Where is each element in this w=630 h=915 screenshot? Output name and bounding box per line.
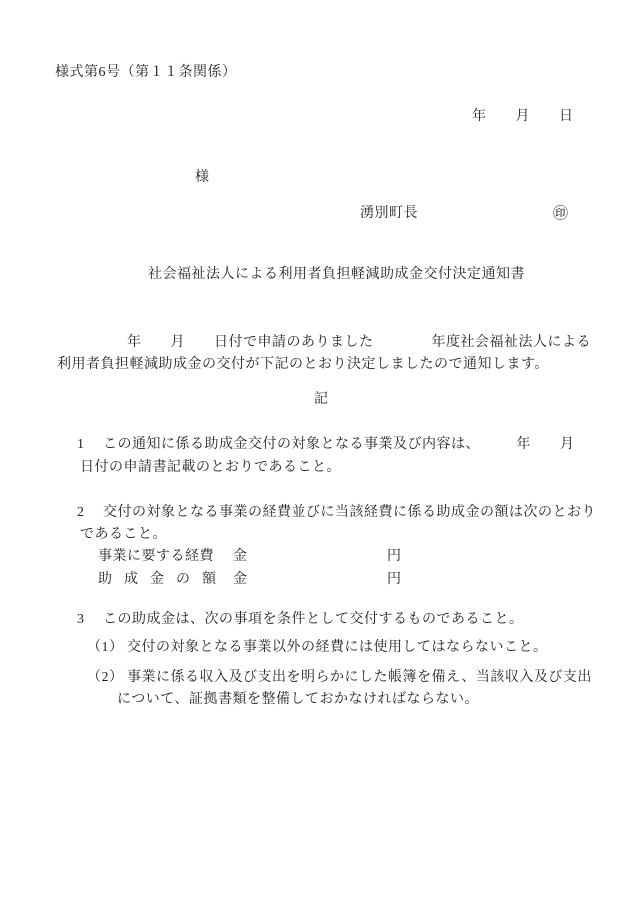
item-1-text-line-1: この通知に係る助成金交付の対象となる事業及び内容は、 年 月 [103, 435, 575, 455]
item-2-text-line-1: 交付の対象となる事業の経費並びに当該経費に係る助成金の額は次のとおり [103, 503, 596, 523]
form-number: 様式第6号（第１１条関係） [55, 63, 237, 83]
item-3-number: 3 [77, 610, 85, 630]
item-3-sub-1-number: （1） [87, 638, 124, 658]
expense-row-1-amount-prefix: 金 [233, 547, 248, 567]
sender-title: 湧別町長 [360, 204, 418, 224]
issue-date-line: 年 月 日 [472, 107, 574, 127]
item-2-number: 2 [77, 503, 85, 523]
item-1-text-line-2: 日付の申請書記載のとおりであること。 [80, 458, 341, 478]
document-title: 社会福祉法人による利用者負担軽減助成金交付決定通知書 [148, 265, 525, 285]
item-3-sub-2-text-line-1: 事業に係る収入及び支出を明らかにした帳簿を備え、当該収入及び支出 [127, 668, 592, 688]
item-3-sub-2-number: （2） [87, 668, 124, 688]
item-1-number: 1 [77, 435, 85, 455]
intro-line-2: 利用者負担軽減助成金の交付が下記のとおり決定しましたので通知します。 [57, 355, 549, 375]
item-3-sub-1-text: 交付の対象となる事業以外の経費には使用してはならないこと。 [127, 638, 548, 658]
expense-row-2-amount-suffix: 円 [387, 570, 402, 590]
record-heading: 記 [314, 390, 329, 410]
expense-row-2-amount-prefix: 金 [233, 570, 248, 590]
item-2-text-line-2: であること。 [80, 525, 167, 545]
notice-document-page: 様式第6号（第１１条関係） 年 月 日 様 湧別町長 ㊞ 社会福祉法人による利用… [0, 0, 630, 915]
expense-row-1-amount-suffix: 円 [387, 547, 402, 567]
item-3-sub-2-text-line-2: について、証拠書類を整備しておかなければならない。 [117, 690, 479, 710]
item-3-text-line-1: この助成金は、次の事項を条件として交付するものであること。 [103, 610, 524, 630]
seal-icon: ㊞ [553, 204, 569, 224]
addressee-honorific: 様 [195, 168, 210, 188]
expense-row-1-label: 事業に要する経費 [98, 547, 214, 567]
intro-line-1: 年 月 日付で申請のありました 年度社会福祉法人による [127, 333, 591, 353]
expense-row-2-label: 助成金の額 [98, 570, 228, 590]
